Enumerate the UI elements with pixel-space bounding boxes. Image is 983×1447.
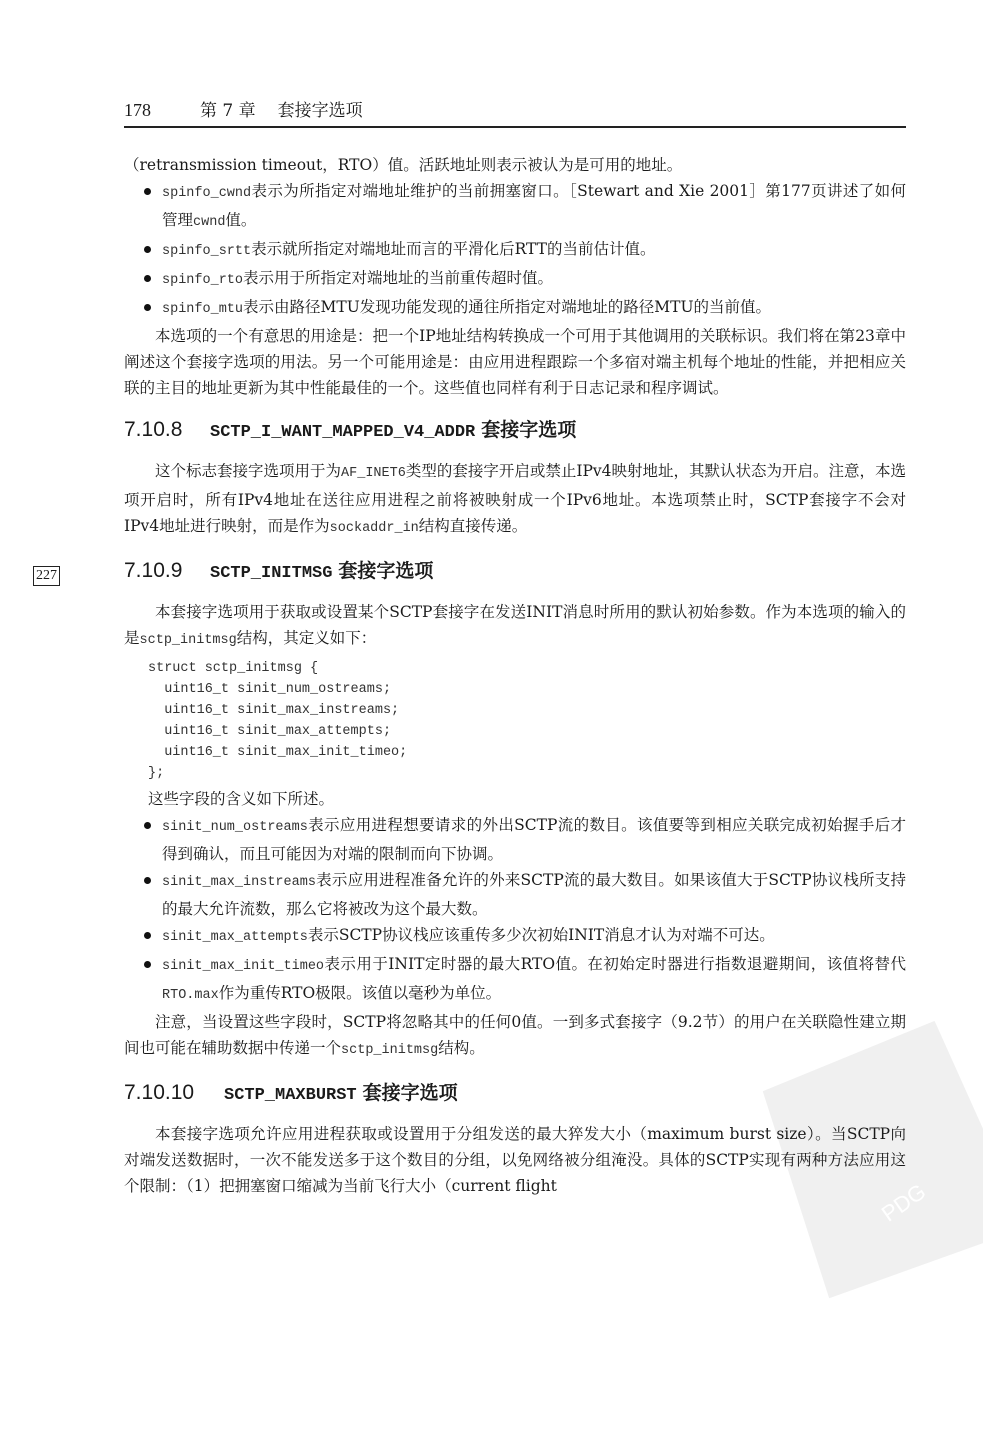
field-name: spinfo_srtt [162, 244, 251, 259]
chapter-title: 套接字选项 [278, 96, 363, 121]
page-body: （retransmission timeout，RTO）值。活跃地址则表示被认为… [124, 152, 906, 1199]
paragraph: 本套接字选项用于获取或设置某个SCTP套接字在发送INIT消息时所用的默认初始参… [124, 599, 906, 654]
field-desc-tail: 作为重传RTO极限。该值以毫秒为单位。 [219, 984, 501, 1002]
field-desc: 表示由路径MTU发现功能发现的通往所指定对端地址的路径MTU的当前值。 [243, 298, 771, 316]
bullet-icon [144, 304, 151, 311]
initmsg-field-list: sinit_num_ostreams表示应用进程想要请求的外出SCTP流的数目。… [124, 812, 906, 1009]
code-line: }; [148, 763, 906, 784]
bullet-icon [144, 877, 151, 884]
list-item: spinfo_cwnd表示为所指定对端地址维护的当前拥塞窗口。［Stewart … [124, 178, 906, 236]
field-desc: 表示SCTP协议栈应该重传多少次初始INIT消息才认为对端不可达。 [308, 926, 775, 944]
field-name: sinit_max_attempts [162, 930, 308, 945]
intro-line: （retransmission timeout，RTO）值。活跃地址则表示被认为… [124, 152, 906, 178]
section-option-name: SCTP_INITMSG [210, 559, 332, 589]
code-line: uint16_t sinit_max_attempts; [148, 721, 906, 742]
field-desc: 表示为所指定对端地址维护的当前拥塞窗口。［Stewart and Xie 200… [162, 182, 906, 229]
paragraph: 这个标志套接字选项用于为AF_INET6类型的套接字开启或禁止IPv4映射地址，… [124, 458, 906, 542]
section-number: 7.10.8 [124, 415, 210, 445]
field-name: sinit_num_ostreams [162, 820, 308, 835]
field-name: sinit_max_init_timeo [162, 959, 324, 974]
code-line: uint16_t sinit_max_init_timeo; [148, 742, 906, 763]
section-title: 套接字选项 [481, 415, 576, 445]
inline-code: sctp_initmsg [341, 1043, 438, 1058]
bullet-icon [144, 822, 151, 829]
field-name: spinfo_cwnd [162, 186, 251, 201]
header-rule [124, 126, 906, 128]
paragraph: 本套接字选项允许应用进程获取或设置用于分组发送的最大猝发大小（maximum b… [124, 1121, 906, 1199]
section-number: 7.10.10 [124, 1078, 224, 1108]
chapter-label: 第 7 章 [200, 96, 256, 121]
list-item: spinfo_srtt表示就所指定对端地址而言的平滑化后RTT的当前估计值。 [124, 236, 906, 265]
list-item: spinfo_mtu表示由路径MTU发现功能发现的通往所指定对端地址的路径MTU… [124, 294, 906, 323]
book-page: 178 第 7 章 套接字选项 227 PDG （retransmission … [0, 0, 983, 1447]
inline-code: sctp_initmsg [140, 633, 237, 648]
bullet-icon [144, 188, 151, 195]
inline-code: AF_INET6 [341, 466, 406, 481]
list-item: sinit_num_ostreams表示应用进程想要请求的外出SCTP流的数目。… [124, 812, 906, 867]
spinfo-field-list: spinfo_cwnd表示为所指定对端地址维护的当前拥塞窗口。［Stewart … [124, 178, 906, 323]
section-option-name: SCTP_MAXBURST [224, 1081, 357, 1111]
original-page-marker: 227 [33, 566, 60, 586]
bullet-icon [144, 932, 151, 939]
text: 这个标志套接字选项用于为 [155, 462, 341, 480]
field-name: sinit_max_instreams [162, 875, 316, 890]
fields-intro: 这些字段的含义如下所述。 [124, 786, 906, 812]
code-line: struct sctp_initmsg { [148, 658, 906, 679]
text: 结构，其定义如下： [237, 629, 377, 647]
bullet-icon [144, 961, 151, 968]
page-number: 178 [124, 100, 200, 121]
paragraph: 注意，当设置这些字段时，SCTP将忽略其中的任何0值。一到多式套接字（9.2节）… [124, 1009, 906, 1064]
section-heading-7-10-9: 7.10.9 SCTP_INITMSG 套接字选项 [124, 556, 906, 589]
section-heading-7-10-10: 7.10.10 SCTP_MAXBURST 套接字选项 [124, 1078, 906, 1111]
section-heading-7-10-8: 7.10.8 SCTP_I_WANT_MAPPED_V4_ADDR 套接字选项 [124, 415, 906, 448]
field-desc: 表示就所指定对端地址而言的平滑化后RTT的当前估计值。 [251, 240, 655, 258]
field-desc: 表示用于INIT定时器的最大RTO值。在初始定时器进行指数退避期间，该值将替代 [324, 955, 906, 973]
field-desc-tail: 值。 [225, 211, 256, 229]
code-block: struct sctp_initmsg { uint16_t sinit_num… [148, 658, 906, 784]
paragraph: 本选项的一个有意思的用途是：把一个IP地址结构转换成一个可用于其他调用的关联标识… [124, 323, 906, 401]
field-name: spinfo_mtu [162, 302, 243, 317]
bullet-icon [144, 275, 151, 282]
field-name: spinfo_rto [162, 273, 243, 288]
bullet-icon [144, 246, 151, 253]
section-option-name: SCTP_I_WANT_MAPPED_V4_ADDR [210, 418, 475, 448]
code-line: uint16_t sinit_max_instreams; [148, 700, 906, 721]
text: 结构直接传递。 [419, 517, 528, 535]
list-item: sinit_max_instreams表示应用进程准备允许的外来SCTP流的最大… [124, 867, 906, 922]
field-desc: 表示用于所指定对端地址的当前重传超时值。 [243, 269, 553, 287]
text: 注意，当设置这些字段时，SCTP将忽略其中的任何0值。一到多式套接字（9.2节）… [124, 1013, 906, 1057]
code-line: uint16_t sinit_num_ostreams; [148, 679, 906, 700]
text: 结构。 [438, 1039, 485, 1057]
inline-code: cwnd [193, 215, 225, 230]
list-item: sinit_max_init_timeo表示用于INIT定时器的最大RTO值。在… [124, 951, 906, 1009]
inline-code: RTO.max [162, 988, 219, 1003]
list-item: spinfo_rto表示用于所指定对端地址的当前重传超时值。 [124, 265, 906, 294]
list-item: sinit_max_attempts表示SCTP协议栈应该重传多少次初始INIT… [124, 922, 906, 951]
section-number: 7.10.9 [124, 556, 210, 586]
running-header: 178 第 7 章 套接字选项 [124, 96, 906, 124]
section-title: 套接字选项 [338, 556, 433, 586]
inline-code: sockaddr_in [330, 521, 419, 536]
section-title: 套接字选项 [363, 1078, 458, 1108]
